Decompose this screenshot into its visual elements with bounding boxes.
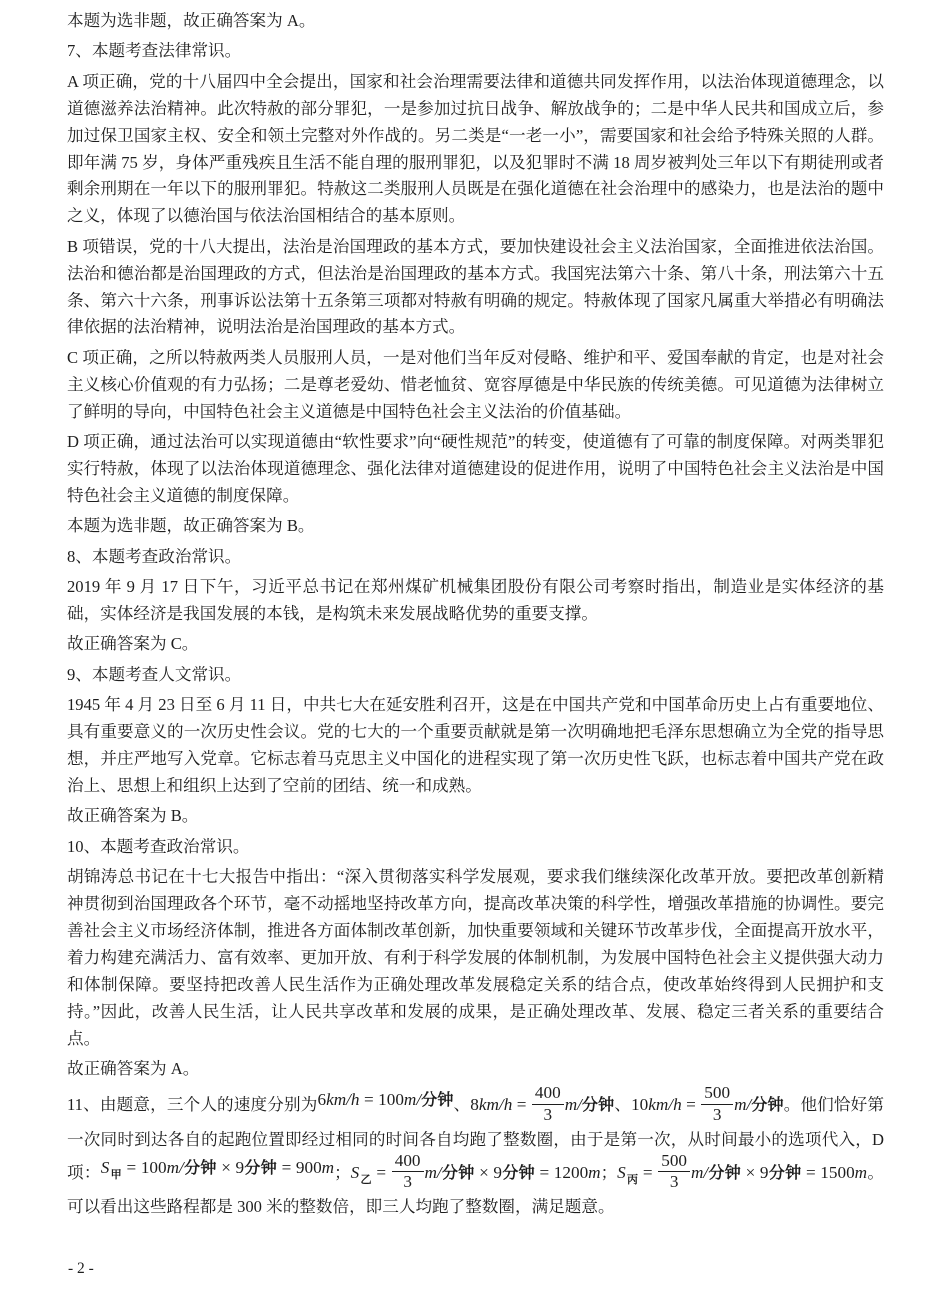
math-speed-formula-1: 6km/h = 100m/分钟 <box>318 1090 454 1109</box>
answer-line-q6: 本题为选非题，故正确答案为 A。 <box>67 8 884 35</box>
math-distance-formula-jia: S甲 = 100m/分钟 × 9分钟 = 900m <box>101 1158 334 1177</box>
heading-q8: 8、本题考查政治常识。 <box>67 544 884 571</box>
answer-line-q9: 故正确答案为 B。 <box>67 803 884 830</box>
subscript-jia: 甲 <box>110 1169 122 1181</box>
heading-q10: 10、本题考查政治常识。 <box>67 834 884 861</box>
answer-line-q8: 故正确答案为 C。 <box>67 631 884 658</box>
fraction: 5003 <box>658 1152 690 1192</box>
answer-line-q10: 故正确答案为 A。 <box>67 1056 884 1083</box>
fraction: 4003 <box>532 1084 564 1124</box>
q11-solution-paragraph: 11、由题意，三个人的速度分别为6km/h = 100m/分钟、8km/h = … <box>67 1086 884 1220</box>
q10-body-paragraph: 胡锦涛总书记在十七大报告中指出：“深入贯彻落实科学发展观，要求我们继续深化改革开… <box>67 864 884 1052</box>
separator-semicolon: ； <box>601 1163 618 1182</box>
separator-semicolon: ； <box>334 1163 351 1182</box>
fraction: 4003 <box>392 1152 424 1192</box>
subscript-yi: 乙 <box>360 1174 372 1186</box>
separator-dunhao: 、 <box>614 1095 631 1114</box>
subscript-bing: 丙 <box>627 1174 639 1186</box>
q8-body-paragraph: 2019 年 9 月 17 日下午，习近平总书记在郑州煤矿机械集团股份有限公司考… <box>67 574 884 628</box>
heading-q9: 9、本题考查人文常识。 <box>67 662 884 689</box>
q9-body-paragraph: 1945 年 4 月 23 日至 6 月 11 日，中共七大在延安胜利召开，这是… <box>67 692 884 800</box>
math-speed-formula-2: 8km/h = 4003m/分钟 <box>470 1095 614 1114</box>
heading-q7: 7、本题考查法律常识。 <box>67 38 884 65</box>
separator-dunhao: 、 <box>454 1095 471 1114</box>
document-page: 本题为选非题，故正确答案为 A。 7、本题考查法律常识。 A 项正确，党的十八届… <box>0 0 950 1299</box>
q7-option-d-paragraph: D 项正确，通过法治可以实现道德由“软性要求”向“硬性规范”的转变，使道德有了可… <box>67 429 884 510</box>
fraction: 5003 <box>701 1084 733 1124</box>
math-distance-formula-yi: S乙 = 4003m/分钟 × 9分钟 = 1200m <box>351 1163 601 1182</box>
q11-intro-text: 11、由题意，三个人的速度分别为 <box>67 1095 318 1114</box>
answer-line-q7: 本题为选非题，故正确答案为 B。 <box>67 513 884 540</box>
q7-option-b-paragraph: B 项错误，党的十八大提出，法治是治国理政的基本方式，要加快建设社会主义法治国家… <box>67 234 884 342</box>
q7-option-a-paragraph: A 项正确，党的十八届四中全会提出，国家和社会治理需要法律和道德共同发挥作用，以… <box>67 69 884 230</box>
math-distance-formula-bing: S丙 = 5003m/分钟 × 9分钟 = 1500m <box>617 1163 867 1182</box>
q7-option-c-paragraph: C 项正确，之所以特赦两类人员服刑人员，一是对他们当年反对侵略、维护和平、爱国奉… <box>67 345 884 426</box>
page-number: - 2 - <box>68 1260 94 1278</box>
math-speed-formula-3: 10km/h = 5003m/分钟 <box>631 1095 784 1114</box>
